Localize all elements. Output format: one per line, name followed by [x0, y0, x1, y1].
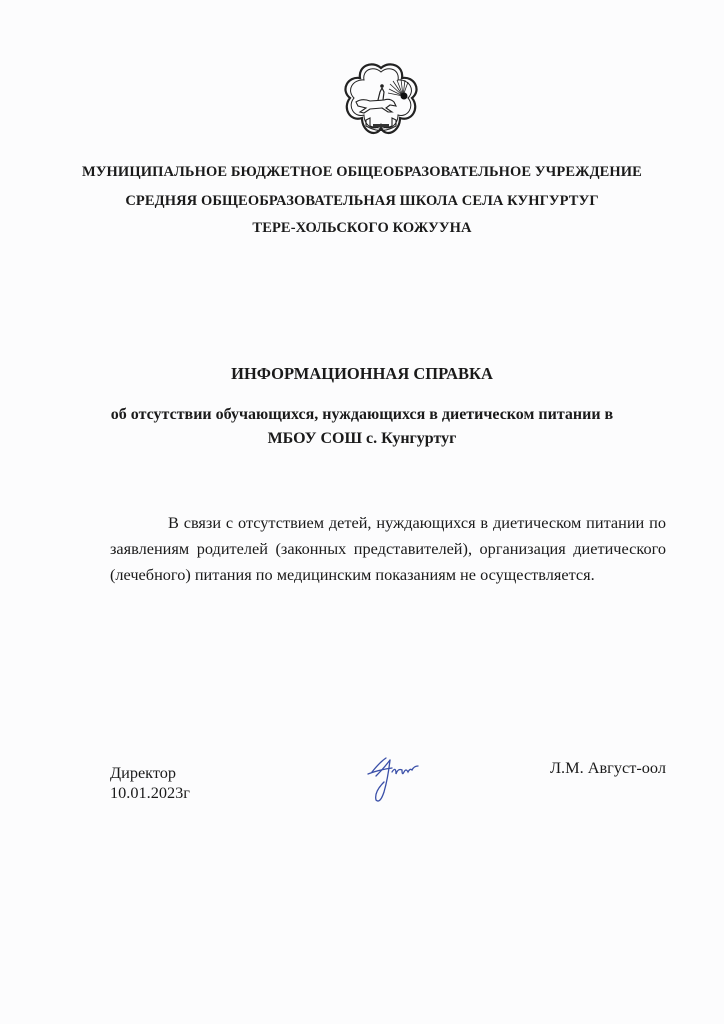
organization-line-2: СРЕДНЯЯ ОБЩЕОБРАЗОВАТЕЛЬНАЯ ШКОЛА СЕЛА К…	[0, 193, 724, 210]
document-subtitle: об отсутствии обучающихся, нуждающихся в…	[60, 403, 664, 451]
tuva-coat-of-arms-icon	[340, 62, 422, 142]
document-date: 10.01.2023г	[110, 783, 190, 803]
subtitle-line-2: МБОУ СОШ с. Кунгуртуг	[60, 427, 664, 451]
signatory-name: Л.М. Август-оол	[550, 758, 666, 778]
organization-line-1: МУНИЦИПАЛЬНОЕ БЮДЖЕТНОЕ ОБЩЕОБРАЗОВАТЕЛЬ…	[0, 164, 724, 181]
organization-line-3: ТЕРЕ-ХОЛЬСКОГО КОЖУУНА	[0, 220, 724, 237]
signatory-block: Директор 10.01.2023г	[110, 763, 190, 803]
document-page: МУНИЦИПАЛЬНОЕ БЮДЖЕТНОЕ ОБЩЕОБРАЗОВАТЕЛЬ…	[0, 0, 724, 1024]
subtitle-line-1: об отсутствии обучающихся, нуждающихся в…	[60, 403, 664, 427]
document-title: ИНФОРМАЦИОННАЯ СПРАВКА	[0, 364, 724, 384]
body-paragraph: В связи с отсутствием детей, нуждающихся…	[110, 510, 666, 588]
signatory-position: Директор	[110, 763, 190, 783]
handwritten-signature-icon	[362, 752, 428, 808]
